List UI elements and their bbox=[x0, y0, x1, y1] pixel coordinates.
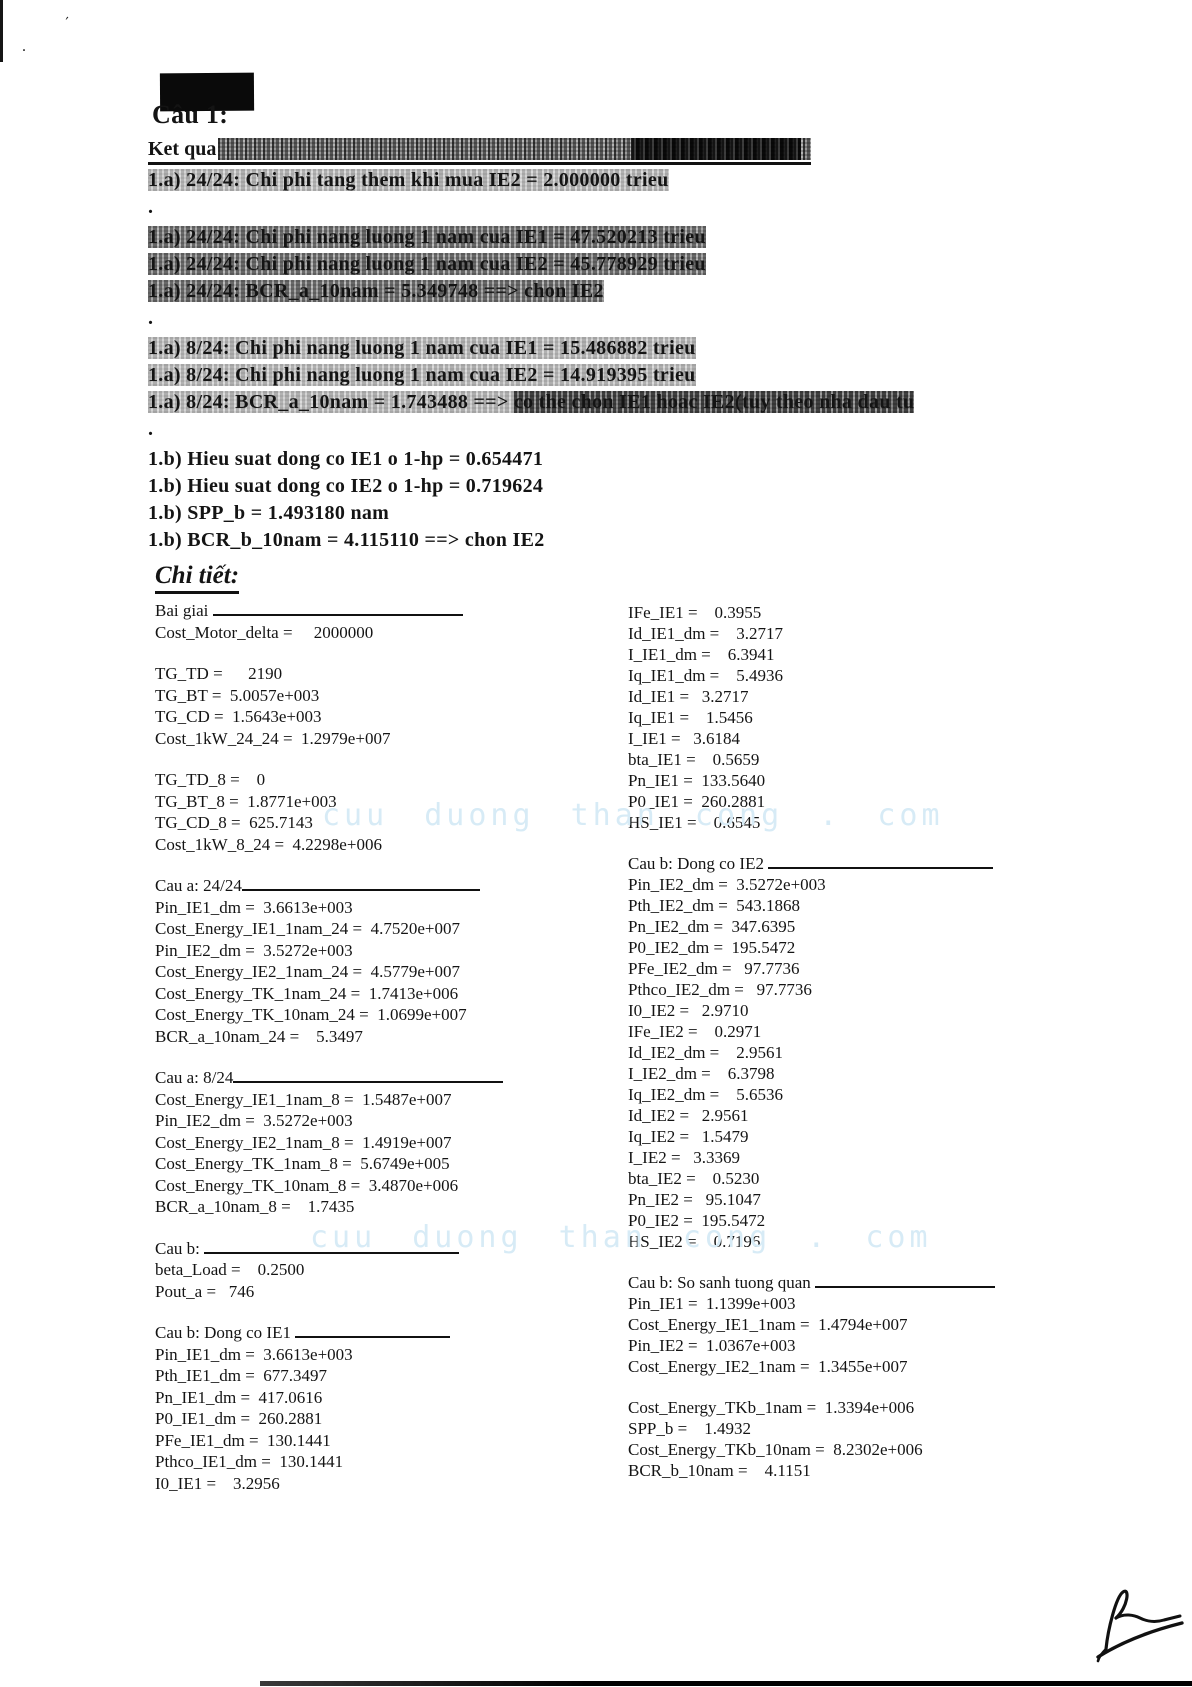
underline-rule bbox=[213, 600, 463, 616]
detail-text: I0_IE1 = 3.2956 bbox=[155, 1474, 280, 1493]
detail-line: Cost_1kW_8_24 = 4.2298e+006 bbox=[155, 834, 675, 856]
detail-line: Pn_IE1_dm = 417.0616 bbox=[155, 1387, 675, 1409]
detail-line: Pin_IE2_dm = 3.5272e+003 bbox=[628, 874, 1148, 895]
scan-speck: ' bbox=[59, 15, 70, 30]
result-text: 1.a) 8/24: Chi phi nang luong 1 nam cua … bbox=[148, 337, 696, 359]
detail-text: I_IE2 = 3.3369 bbox=[628, 1148, 740, 1167]
detail-text: Cau b: So sanh tuong quan bbox=[628, 1273, 815, 1292]
detail-line: Pin_IE2 = 1.0367e+003 bbox=[628, 1335, 1148, 1356]
detail-text: IFe_IE1 = 0.3955 bbox=[628, 603, 761, 622]
detail-line: P0_IE2_dm = 195.5472 bbox=[628, 937, 1148, 958]
detail-line: Cost_Energy_TK_10nam_24 = 1.0699e+007 bbox=[155, 1004, 675, 1026]
detail-text: Cost_Energy_IE2_1nam = 1.3455e+007 bbox=[628, 1357, 908, 1376]
detail-text: Pin_IE1 = 1.1399e+003 bbox=[628, 1294, 795, 1313]
detail-line: Cost_Energy_IE2_1nam_8 = 1.4919e+007 bbox=[155, 1132, 675, 1154]
detail-line: Pin_IE1_dm = 3.6613e+003 bbox=[155, 1344, 675, 1366]
detail-line: I_IE1 = 3.6184 bbox=[628, 728, 1148, 749]
detail-text: Cost_Energy_TK_1nam_8 = 5.6749e+005 bbox=[155, 1154, 450, 1173]
detail-text: Iq_IE2_dm = 5.6536 bbox=[628, 1085, 783, 1104]
watermark: cuu duong than cong . com bbox=[310, 1220, 932, 1255]
detail-line: BCR_b_10nam = 4.1151 bbox=[628, 1460, 1148, 1481]
detail-text: Pn_IE2 = 95.1047 bbox=[628, 1190, 761, 1209]
detail-text: Pin_IE2_dm = 3.5272e+003 bbox=[628, 875, 826, 894]
detail-line: Pin_IE1 = 1.1399e+003 bbox=[628, 1293, 1148, 1314]
detail-line: Pout_a = 746 bbox=[155, 1281, 675, 1303]
detail-text: Cost_Energy_IE2_1nam_24 = 4.5779e+007 bbox=[155, 962, 460, 981]
result-line: 1.a) 24/24: BCR_a_10nam = 5.349748 ==> c… bbox=[148, 278, 1148, 305]
result-line: 1.a) 24/24: Chi phi nang luong 1 nam cua… bbox=[148, 224, 1148, 251]
detail-text: SPP_b = 1.4932 bbox=[628, 1419, 751, 1438]
scanned-document-page: ' . Câu 1: Ket qua 1.a) 24/24: Chi phi t… bbox=[0, 0, 1192, 1687]
detail-text: Cau a: 24/24 bbox=[155, 876, 242, 895]
result-text: 1.a) 24/24: Chi phi nang luong 1 nam cua… bbox=[148, 253, 706, 275]
detail-text: Cost_1kW_24_24 = 1.2979e+007 bbox=[155, 729, 390, 748]
question-title: Câu 1: bbox=[152, 100, 228, 130]
column-gap bbox=[628, 1252, 1148, 1272]
result-line: 1.a) 24/24: Chi phi nang luong 1 nam cua… bbox=[148, 251, 1148, 278]
detail-text: Iq_IE1 = 1.5456 bbox=[628, 708, 753, 727]
detail-line: bta_IE1 = 0.5659 bbox=[628, 749, 1148, 770]
detail-line: IFe_IE1 = 0.3955 bbox=[628, 602, 1148, 623]
column-gap bbox=[155, 1302, 675, 1322]
detail-line: Id_IE1 = 3.2717 bbox=[628, 686, 1148, 707]
detail-line: Pthco_IE1_dm = 130.1441 bbox=[155, 1451, 675, 1473]
underline-rule bbox=[768, 853, 993, 869]
detail-line: Cost_Energy_TKb_1nam = 1.3394e+006 bbox=[628, 1397, 1148, 1418]
detail-text: Bai giai bbox=[155, 601, 213, 620]
detail-line: Iq_IE2_dm = 5.6536 bbox=[628, 1084, 1148, 1105]
detail-text: TG_TD = 2190 bbox=[155, 664, 282, 683]
result-line: 1.a) 8/24: Chi phi nang luong 1 nam cua … bbox=[148, 362, 1148, 389]
detail-line: Cost_Energy_TK_10nam_8 = 3.4870e+006 bbox=[155, 1175, 675, 1197]
detail-text: bta_IE2 = 0.5230 bbox=[628, 1169, 759, 1188]
detail-text: Pthco_IE2_dm = 97.7736 bbox=[628, 980, 812, 999]
detail-line: I_IE2_dm = 6.3798 bbox=[628, 1063, 1148, 1084]
result-line: 1.a) 8/24: BCR_a_10nam = 1.743488 ==> co… bbox=[148, 389, 1148, 416]
column-gap bbox=[155, 1047, 675, 1067]
details-heading: Chi tiết: bbox=[155, 562, 239, 594]
detail-line: Id_IE1_dm = 3.2717 bbox=[628, 623, 1148, 644]
detail-line: Cost_Energy_IE1_1nam_8 = 1.5487e+007 bbox=[155, 1089, 675, 1111]
detail-text: Pin_IE1_dm = 3.6613e+003 bbox=[155, 898, 353, 917]
detail-line: P0_IE1_dm = 260.2881 bbox=[155, 1408, 675, 1430]
detail-line: I0_IE2 = 2.9710 bbox=[628, 1000, 1148, 1021]
result-separator-dot: . bbox=[148, 416, 1148, 446]
detail-text: PFe_IE2_dm = 97.7736 bbox=[628, 959, 800, 978]
detail-line: Pthco_IE2_dm = 97.7736 bbox=[628, 979, 1148, 1000]
detail-line: Pin_IE2_dm = 3.5272e+003 bbox=[155, 1110, 675, 1132]
detail-line: PFe_IE1_dm = 130.1441 bbox=[155, 1430, 675, 1452]
detail-text: I_IE2_dm = 6.3798 bbox=[628, 1064, 775, 1083]
detail-section-heading: Cau a: 24/24 bbox=[155, 875, 675, 897]
detail-text: Pn_IE1_dm = 417.0616 bbox=[155, 1388, 322, 1407]
detail-line: I_IE1_dm = 6.3941 bbox=[628, 644, 1148, 665]
detail-text: Id_IE1 = 3.2717 bbox=[628, 687, 749, 706]
detail-text: TG_BT = 5.0057e+003 bbox=[155, 686, 319, 705]
result-line: 1.b) SPP_b = 1.493180 nam bbox=[148, 500, 1148, 527]
detail-line: Id_IE2 = 2.9561 bbox=[628, 1105, 1148, 1126]
results-list: 1.a) 24/24: Chi phi tang them khi mua IE… bbox=[148, 167, 1148, 554]
detail-text: beta_Load = 0.2500 bbox=[155, 1260, 304, 1279]
detail-section-heading: Cau b: So sanh tuong quan bbox=[628, 1272, 1148, 1293]
redaction-smear bbox=[218, 138, 811, 160]
detail-line: Cost_Energy_TK_1nam_8 = 5.6749e+005 bbox=[155, 1153, 675, 1175]
result-line: 1.b) Hieu suat dong co IE1 o 1-hp = 0.65… bbox=[148, 446, 1148, 473]
detail-text: Pin_IE2_dm = 3.5272e+003 bbox=[155, 1111, 353, 1130]
detail-text: Cost_Energy_TK_10nam_24 = 1.0699e+007 bbox=[155, 1005, 467, 1024]
detail-line: bta_IE2 = 0.5230 bbox=[628, 1168, 1148, 1189]
detail-text: Pin_IE2_dm = 3.5272e+003 bbox=[155, 941, 353, 960]
detail-text: Pn_IE1 = 133.5640 bbox=[628, 771, 765, 790]
detail-line: beta_Load = 0.2500 bbox=[155, 1259, 675, 1281]
result-line: 1.b) BCR_b_10nam = 4.115110 ==> chon IE2 bbox=[148, 527, 1148, 554]
detail-text: Pth_IE1_dm = 677.3497 bbox=[155, 1366, 327, 1385]
result-text: 1.a) 8/24: BCR_a_10nam = 1.743488 ==> bbox=[148, 391, 514, 413]
detail-text: Cost_Energy_IE1_1nam = 1.4794e+007 bbox=[628, 1315, 908, 1334]
detail-line: Id_IE2_dm = 2.9561 bbox=[628, 1042, 1148, 1063]
detail-line: I0_IE1 = 3.2956 bbox=[155, 1473, 675, 1495]
detail-text: PFe_IE1_dm = 130.1441 bbox=[155, 1431, 331, 1450]
detail-text: Cost_Energy_TKb_10nam = 8.2302e+006 bbox=[628, 1440, 923, 1459]
detail-text: Iq_IE1_dm = 5.4936 bbox=[628, 666, 783, 685]
detail-text: Cau b: Dong co IE1 bbox=[155, 1323, 295, 1342]
underline-rule bbox=[815, 1272, 995, 1288]
detail-text: I_IE1 = 3.6184 bbox=[628, 729, 740, 748]
detail-line: Cost_Energy_TK_1nam_24 = 1.7413e+006 bbox=[155, 983, 675, 1005]
details-left-column: Bai giai Cost_Motor_delta = 2000000TG_TD… bbox=[155, 600, 675, 1494]
ket-qua-row: Ket qua bbox=[148, 136, 811, 165]
result-text: 1.b) Hieu suat dong co IE2 o 1-hp = 0.71… bbox=[148, 475, 543, 497]
detail-line: TG_TD = 2190 bbox=[155, 663, 675, 685]
ket-qua-label: Ket qua bbox=[148, 138, 216, 161]
detail-text: Cost_Energy_IE1_1nam_8 = 1.5487e+007 bbox=[155, 1090, 452, 1109]
detail-text: Pout_a = 746 bbox=[155, 1282, 254, 1301]
detail-section-heading: Cau a: 8/24 bbox=[155, 1067, 675, 1089]
detail-section-heading: Bai giai bbox=[155, 600, 675, 622]
detail-line: Iq_IE2 = 1.5479 bbox=[628, 1126, 1148, 1147]
result-line: 1.a) 8/24: Chi phi nang luong 1 nam cua … bbox=[148, 335, 1148, 362]
detail-text: TG_BT_8 = 1.8771e+003 bbox=[155, 792, 337, 811]
detail-line: Pth_IE1_dm = 677.3497 bbox=[155, 1365, 675, 1387]
scan-bottom-bar bbox=[260, 1681, 1192, 1686]
result-separator-dot: . bbox=[148, 305, 1148, 335]
detail-text: Iq_IE2 = 1.5479 bbox=[628, 1127, 749, 1146]
detail-line: Pin_IE1_dm = 3.6613e+003 bbox=[155, 897, 675, 919]
detail-line: TG_BT = 5.0057e+003 bbox=[155, 685, 675, 707]
detail-line: IFe_IE2 = 0.2971 bbox=[628, 1021, 1148, 1042]
signature bbox=[1090, 1583, 1190, 1663]
result-text: 1.a) 24/24: Chi phi tang them khi mua IE… bbox=[148, 169, 669, 191]
detail-text: Id_IE1_dm = 3.2717 bbox=[628, 624, 783, 643]
detail-line: BCR_a_10nam_24 = 5.3497 bbox=[155, 1026, 675, 1048]
watermark: cuu duong than cong . com bbox=[322, 798, 944, 833]
column-gap bbox=[155, 855, 675, 875]
detail-text: Pthco_IE1_dm = 130.1441 bbox=[155, 1452, 343, 1471]
detail-line: Cost_Energy_TKb_10nam = 8.2302e+006 bbox=[628, 1439, 1148, 1460]
detail-line: Iq_IE1_dm = 5.4936 bbox=[628, 665, 1148, 686]
detail-line: Cost_1kW_24_24 = 1.2979e+007 bbox=[155, 728, 675, 750]
detail-text: I0_IE2 = 2.9710 bbox=[628, 1001, 749, 1020]
detail-text: Cost_Energy_TKb_1nam = 1.3394e+006 bbox=[628, 1398, 914, 1417]
detail-text: Cau b: bbox=[155, 1239, 204, 1258]
detail-text: I_IE1_dm = 6.3941 bbox=[628, 645, 775, 664]
result-line: 1.a) 24/24: Chi phi tang them khi mua IE… bbox=[148, 167, 1148, 194]
detail-text: Id_IE2 = 2.9561 bbox=[628, 1106, 749, 1125]
detail-line: Pn_IE1 = 133.5640 bbox=[628, 770, 1148, 791]
detail-line: SPP_b = 1.4932 bbox=[628, 1418, 1148, 1439]
detail-line: PFe_IE2_dm = 97.7736 bbox=[628, 958, 1148, 979]
detail-text: Cost_Energy_IE1_1nam_24 = 4.7520e+007 bbox=[155, 919, 460, 938]
detail-text: P0_IE1_dm = 260.2881 bbox=[155, 1409, 322, 1428]
detail-line: Pn_IE2 = 95.1047 bbox=[628, 1189, 1148, 1210]
detail-text: Cost_1kW_8_24 = 4.2298e+006 bbox=[155, 835, 382, 854]
detail-line: TG_CD = 1.5643e+003 bbox=[155, 706, 675, 728]
scan-speck: . bbox=[22, 38, 26, 56]
detail-line: BCR_a_10nam_8 = 1.7435 bbox=[155, 1196, 675, 1218]
detail-text: BCR_a_10nam_8 = 1.7435 bbox=[155, 1197, 354, 1216]
detail-line: Cost_Energy_IE1_1nam_24 = 4.7520e+007 bbox=[155, 918, 675, 940]
result-text-redacted-tail: co the chon IE1 hoac IE2(tuy theo nha da… bbox=[514, 391, 915, 413]
detail-line: TG_TD_8 = 0 bbox=[155, 769, 675, 791]
detail-text: Cost_Energy_TK_1nam_24 = 1.7413e+006 bbox=[155, 984, 458, 1003]
detail-line: Cost_Energy_IE2_1nam = 1.3455e+007 bbox=[628, 1356, 1148, 1377]
detail-section-heading: Cau b: Dong co IE2 bbox=[628, 853, 1148, 874]
scan-edge-mark bbox=[0, 0, 3, 62]
detail-text: P0_IE2_dm = 195.5472 bbox=[628, 938, 795, 957]
column-gap bbox=[155, 643, 675, 663]
detail-line: I_IE2 = 3.3369 bbox=[628, 1147, 1148, 1168]
detail-line: Iq_IE1 = 1.5456 bbox=[628, 707, 1148, 728]
column-gap bbox=[628, 833, 1148, 853]
result-line: 1.b) Hieu suat dong co IE2 o 1-hp = 0.71… bbox=[148, 473, 1148, 500]
detail-text: Cau a: 8/24 bbox=[155, 1068, 233, 1087]
detail-line: Cost_Energy_IE2_1nam_24 = 4.5779e+007 bbox=[155, 961, 675, 983]
detail-text: BCR_b_10nam = 4.1151 bbox=[628, 1461, 811, 1480]
underline-rule bbox=[242, 875, 480, 891]
detail-text: Cost_Energy_TK_10nam_8 = 3.4870e+006 bbox=[155, 1176, 458, 1195]
detail-text: Pth_IE2_dm = 543.1868 bbox=[628, 896, 800, 915]
column-gap bbox=[628, 1377, 1148, 1397]
detail-text: TG_CD = 1.5643e+003 bbox=[155, 707, 322, 726]
detail-text: TG_TD_8 = 0 bbox=[155, 770, 265, 789]
detail-text: Pn_IE2_dm = 347.6395 bbox=[628, 917, 795, 936]
result-text: 1.b) Hieu suat dong co IE1 o 1-hp = 0.65… bbox=[148, 448, 543, 470]
detail-text: Id_IE2_dm = 2.9561 bbox=[628, 1043, 783, 1062]
detail-line: Pin_IE2_dm = 3.5272e+003 bbox=[155, 940, 675, 962]
result-text: 1.a) 24/24: BCR_a_10nam = 5.349748 ==> c… bbox=[148, 280, 604, 302]
detail-text: bta_IE1 = 0.5659 bbox=[628, 750, 759, 769]
detail-line: Pth_IE2_dm = 543.1868 bbox=[628, 895, 1148, 916]
detail-text: Cau b: Dong co IE2 bbox=[628, 854, 768, 873]
result-text: 1.b) BCR_b_10nam = 4.115110 ==> chon IE2 bbox=[148, 529, 545, 551]
detail-line: Cost_Energy_IE1_1nam = 1.4794e+007 bbox=[628, 1314, 1148, 1335]
result-text: 1.b) SPP_b = 1.493180 nam bbox=[148, 502, 389, 524]
result-text: 1.a) 24/24: Chi phi nang luong 1 nam cua… bbox=[148, 226, 706, 248]
result-separator-dot: . bbox=[148, 194, 1148, 224]
underline-rule bbox=[295, 1322, 450, 1338]
detail-text: TG_CD_8 = 625.7143 bbox=[155, 813, 313, 832]
detail-line: Cost_Motor_delta = 2000000 bbox=[155, 622, 675, 644]
detail-text: Pin_IE1_dm = 3.6613e+003 bbox=[155, 1345, 353, 1364]
detail-text: IFe_IE2 = 0.2971 bbox=[628, 1022, 761, 1041]
detail-text: Cost_Motor_delta = 2000000 bbox=[155, 623, 373, 642]
redaction-smear-dark bbox=[631, 138, 801, 160]
detail-text: BCR_a_10nam_24 = 5.3497 bbox=[155, 1027, 363, 1046]
underline-rule bbox=[233, 1067, 503, 1083]
column-gap bbox=[155, 749, 675, 769]
detail-line: Pn_IE2_dm = 347.6395 bbox=[628, 916, 1148, 937]
detail-text: Cost_Energy_IE2_1nam_8 = 1.4919e+007 bbox=[155, 1133, 452, 1152]
details-right-column: IFe_IE1 = 0.3955Id_IE1_dm = 3.2717I_IE1_… bbox=[628, 602, 1148, 1481]
result-text: 1.a) 8/24: Chi phi nang luong 1 nam cua … bbox=[148, 364, 696, 386]
detail-section-heading: Cau b: Dong co IE1 bbox=[155, 1322, 675, 1344]
detail-text: Pin_IE2 = 1.0367e+003 bbox=[628, 1336, 795, 1355]
